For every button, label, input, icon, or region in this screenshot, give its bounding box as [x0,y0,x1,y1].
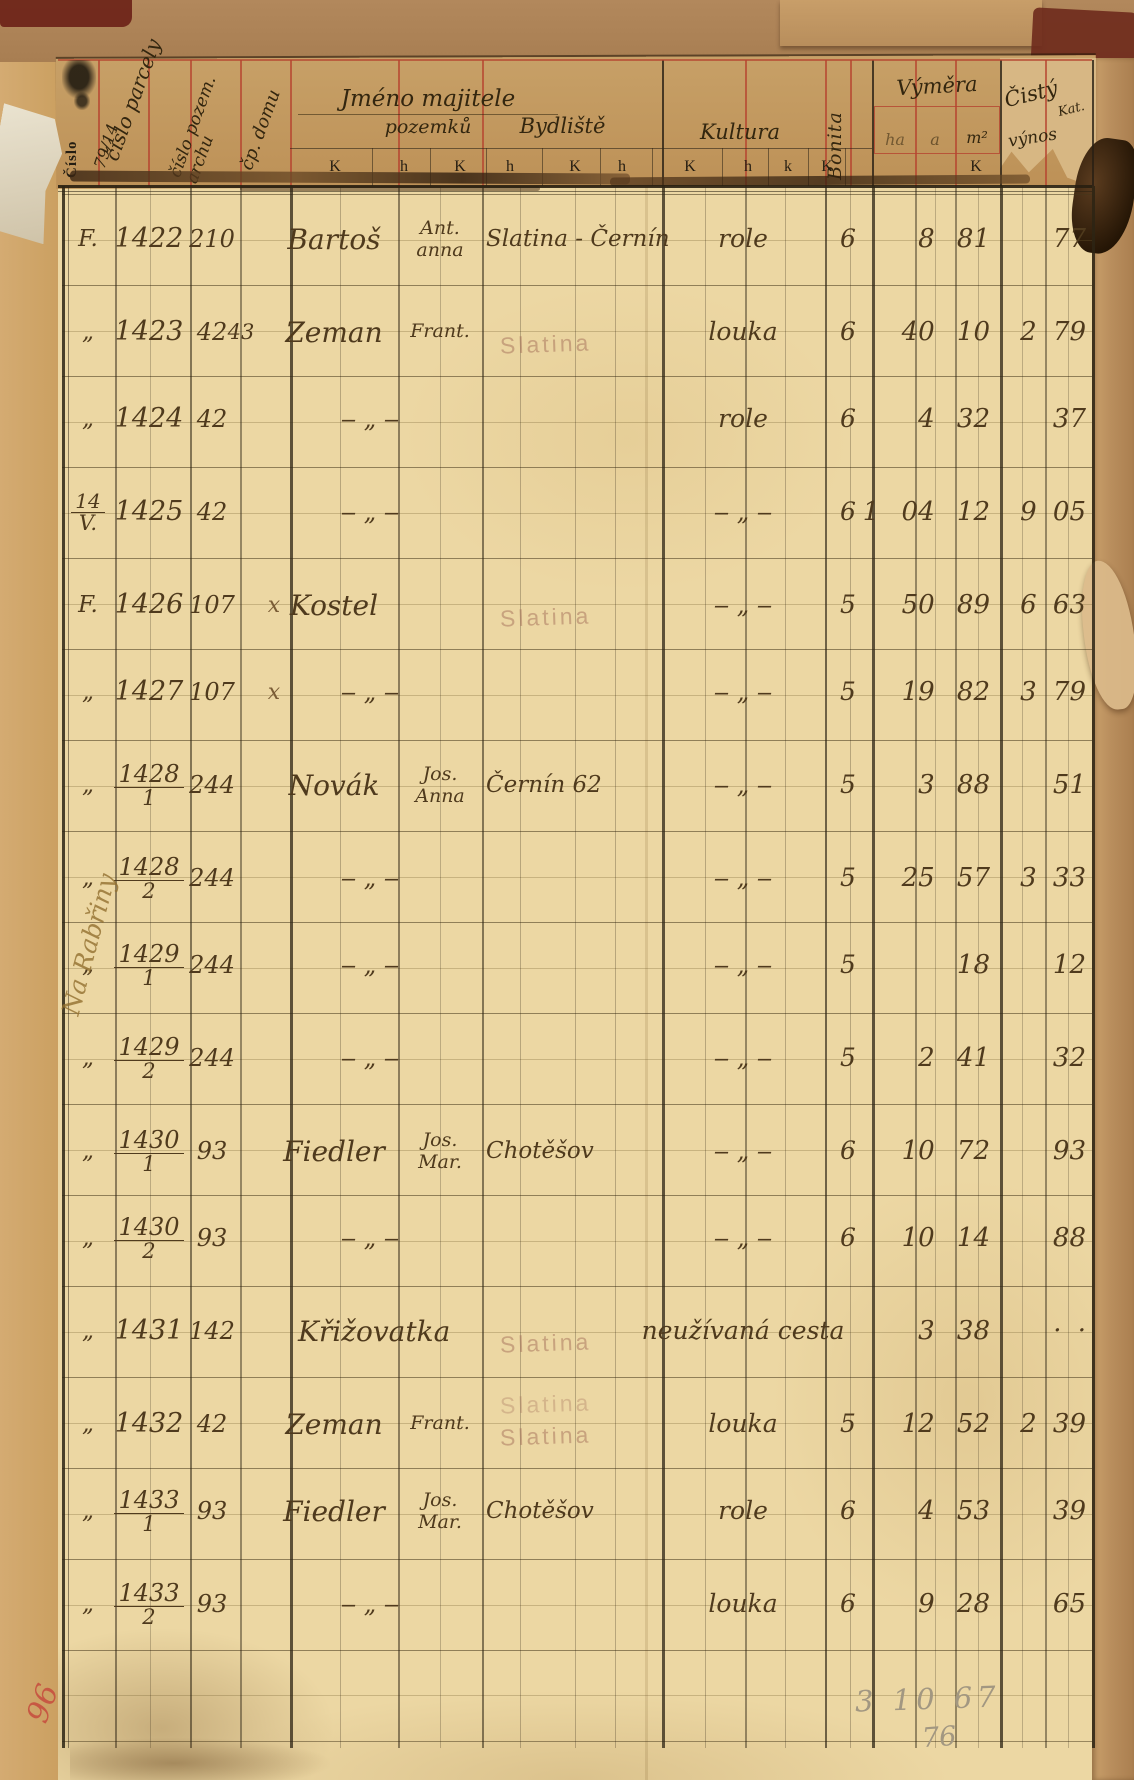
cell-parcel-number: 1425 [110,467,188,558]
cell-bonita: 6 [824,287,872,378]
table-row: F.1426107xKostelSlatina‒ „ ‒550 896 63 [0,560,1134,651]
scanned-ledger-page: Číslo 79/14 číslo parcely číslo pozem. a… [0,0,1134,1780]
slatina-stamp: Slatina [500,1328,592,1358]
cell-owner-surname: Kostel [268,560,400,651]
cell-bonita: 6 [824,194,872,285]
slatina-stamp: Slatina [500,1421,592,1451]
table-row: „1430193FiedlerJos.Mar.Chotěšov‒ „ ‒610 … [0,1106,1134,1197]
cell-culture-ditto: ‒ „ ‒ [664,833,822,924]
cell-arch-number: 93 [184,1193,240,1284]
cell-owner-given-names: Frant. [396,287,484,378]
cell-residence: Černín 62 [486,740,678,831]
cell-arch-number: 244 [184,833,240,924]
row-mark: „ [64,647,112,738]
table-row: „1431142KřižovatkaSlatinaneužívaná cesta… [0,1286,1134,1377]
pencil-total: 3 10 67 [854,1679,1001,1718]
row-mark: „ [64,1379,112,1470]
cell-yield: 2 39 [1000,1379,1094,1470]
cell-x-mark: x [256,647,292,738]
cell-area: 9 28 [872,1559,996,1650]
row-mark: „ [64,287,112,378]
bottom-smudge [70,1738,330,1780]
cell-area: 25 57 [872,833,996,924]
cell-area: 2 41 [872,1013,996,1104]
cell-area: 50 89 [872,560,996,651]
cell-arch-number: 244 [184,1013,240,1104]
row-mark: „ [64,1466,112,1557]
row-mark: „ [64,1013,112,1104]
row-mark: „ [64,1106,112,1197]
table-row: „142442‒ „ ‒role64 3237 [0,374,1134,465]
cell-culture: role [664,1466,822,1557]
cell-area: 19 82 [872,647,996,738]
row-mark: 14V. [64,467,112,558]
table-row: „1433193FiedlerJos.Mar.Chotěšovrole64 53… [0,1466,1134,1557]
slatina-stamp: Slatina [500,602,592,632]
cell-bonita: 5 [824,560,872,651]
cell-bonita: 5 [824,740,872,831]
table-row: „14292244‒ „ ‒‒ „ ‒52 4132 [0,1013,1134,1104]
table-row: „14291244‒ „ ‒‒ „ ‒51812 [0,920,1134,1011]
cell-culture-ditto: ‒ „ ‒ [664,1013,822,1104]
cell-name-ditto: ‒ „ ‒ [318,920,422,1011]
cell-yield: 2 79 [1000,287,1094,378]
cell-arch-number: 210 [184,194,240,285]
cell-parcel-number: 1432 [110,1379,188,1470]
pencil-total-2: 76 [921,1721,957,1754]
cell-parcel-number: 1431 [110,1286,188,1377]
cell-yield: 3 79 [1000,647,1094,738]
cell-bonita: 6 [824,1106,872,1197]
cell-yield: 77 [1000,194,1094,285]
cell-name-ditto: ‒ „ ‒ [318,467,422,558]
cell-name-ditto: ‒ „ ‒ [318,374,422,465]
cell-owner-surname: Křižovatka [298,1286,513,1377]
cell-area: 40 10 [872,287,996,378]
cell-parcel-number: 1427 [110,647,188,738]
cell-area: 10 72 [872,1106,996,1197]
cell-name-ditto: ‒ „ ‒ [318,1559,422,1650]
cell-residence: Chotěšov [486,1106,678,1197]
cell-bonita: 5 [824,920,872,1011]
table-row: „14234243ZemanFrant.Slatinalouka640 102 … [0,287,1134,378]
cell-owner-given-names: Jos.Anna [396,740,484,831]
cell-culture-ditto: ‒ „ ‒ [664,467,822,558]
table-row: „1430293‒ „ ‒‒ „ ‒610 1488 [0,1193,1134,1284]
table-row: F.1422210BartošAnt.annaSlatina - Černínr… [0,194,1134,285]
cell-yield: 93 [1000,1106,1094,1197]
cell-area: 8 81 [872,194,996,285]
cell-area: 12 52 [872,1379,996,1470]
cell-parcel-number: 14281 [110,740,188,831]
row-mark: „ [64,1193,112,1284]
cell-bonita: 6 [824,374,872,465]
cell-area: 4 53 [872,1466,996,1557]
cell-yield: 3 33 [1000,833,1094,924]
cell-area: 10 14 [872,1193,996,1284]
cell-bonita: 6 [824,1193,872,1284]
cell-house-number: 43 [222,287,260,378]
cell-owner-surname: Bartoš [268,194,400,285]
cell-parcel-number: 1422 [110,194,188,285]
cell-culture: louka [664,1379,822,1470]
cell-name-ditto: ‒ „ ‒ [318,1013,422,1104]
cell-culture: louka [664,287,822,378]
table-rows: F.1422210BartošAnt.annaSlatina - Černínr… [0,0,1134,1780]
cell-yield: 65 [1000,1559,1094,1650]
cell-yield: 32 [1000,1013,1094,1104]
cell-parcel-number: 14301 [110,1106,188,1197]
cell-bonita: 5 [824,647,872,738]
table-row: „1427107x‒ „ ‒‒ „ ‒519 823 79 [0,647,1134,738]
cell-culture: role [664,194,822,285]
cell-yield: 51 [1000,740,1094,831]
cell-parcel-number: 1423 [110,287,188,378]
cell-owner-surname: Fiedler [268,1106,400,1197]
cell-owner-given-names: Jos.Mar. [396,1466,484,1557]
cell-parcel-number: 14302 [110,1193,188,1284]
cell-arch-number: 93 [184,1466,240,1557]
cell-arch-number: 93 [184,1106,240,1197]
cell-arch-number: 93 [184,1559,240,1650]
cell-yield: 6 63 [1000,560,1094,651]
cell-parcel-number: 14282 [110,833,188,924]
cell-parcel-number: 14332 [110,1559,188,1650]
table-row: „143242ZemanFrant.SlatinaSlatinalouka512… [0,1379,1134,1470]
cell-culture: louka [664,1559,822,1650]
cell-arch-number: 42 [184,374,240,465]
cell-residence: Chotěšov [486,1466,678,1557]
cell-arch-number: 107 [184,560,240,651]
cell-yield: · · [1000,1286,1094,1377]
cell-yield: 88 [1000,1193,1094,1284]
slatina-stamp: Slatina [500,1389,592,1419]
cell-culture-ditto: ‒ „ ‒ [664,920,822,1011]
cell-owner-given-names: Ant.anna [396,194,484,285]
cell-parcel-number: 14291 [110,920,188,1011]
cell-arch-number: 244 [184,920,240,1011]
cell-yield: 12 [1000,920,1094,1011]
cell-culture-ditto: ‒ „ ‒ [664,560,822,651]
cell-arch-number: 244 [184,740,240,831]
table-row: „14282244‒ „ ‒‒ „ ‒525 573 33 [0,833,1134,924]
cell-parcel-number: 14331 [110,1466,188,1557]
cell-name-ditto: ‒ „ ‒ [318,833,422,924]
cell-bonita: 5 [824,833,872,924]
row-mark: „ [64,374,112,465]
cell-owner-surname: Zeman [268,1379,400,1470]
cell-arch-number: 42 [184,1379,240,1470]
cell-parcel-number: 1424 [110,374,188,465]
cell-owner-surname: Novák [268,740,400,831]
row-mark: „ [64,740,112,831]
cell-arch-number: 42 [184,467,240,558]
slatina-stamp: Slatina [500,329,592,359]
cell-owner-surname: Fiedler [268,1466,400,1557]
cell-bonita: 6 [824,1466,872,1557]
cell-area: 3 88 [872,740,996,831]
table-row: 14V.142542‒ „ ‒‒ „ ‒61 04 129 05 [0,467,1134,558]
table-row: „1433293‒ „ ‒louka69 2865 [0,1559,1134,1650]
cell-culture-ditto: ‒ „ ‒ [664,1106,822,1197]
cell-owner-given-names: Jos.Mar. [396,1106,484,1197]
cell-yield: 39 [1000,1466,1094,1557]
row-mark: „ [64,1559,112,1650]
cell-bonita: 5 [824,1379,872,1470]
cell-parcel-number: 1426 [110,560,188,651]
cell-residence: Slatina - Černín [486,194,678,285]
cell-bonita: 5 [824,1013,872,1104]
cell-area: 4 32 [872,374,996,465]
cell-name-ditto: ‒ „ ‒ [318,1193,422,1284]
row-mark: F. [64,560,112,651]
cell-yield: 37 [1000,374,1094,465]
cell-culture-ditto: ‒ „ ‒ [664,740,822,831]
row-mark: F. [64,194,112,285]
row-mark: „ [64,1286,112,1377]
cell-parcel-number: 14292 [110,1013,188,1104]
cell-culture: neužívaná cesta [664,1286,822,1377]
cell-yield: 9 05 [1000,467,1094,558]
cell-bonita: 6 [824,1559,872,1650]
cell-culture-ditto: ‒ „ ‒ [664,1193,822,1284]
cell-owner-given-names: Frant. [396,1379,484,1470]
cell-culture: role [664,374,822,465]
cell-area: 1 04 12 [872,467,996,558]
cell-area: 18 [872,920,996,1011]
cell-culture-ditto: ‒ „ ‒ [664,647,822,738]
table-row: „14281244NovákJos.AnnaČernín 62‒ „ ‒53 8… [0,740,1134,831]
cell-arch-number: 142 [184,1286,240,1377]
cell-owner-surname: Zeman [268,287,400,378]
cell-arch-number: 107 [184,647,240,738]
cell-name-ditto: ‒ „ ‒ [318,647,422,738]
cell-area: 3 38 [872,1286,996,1377]
